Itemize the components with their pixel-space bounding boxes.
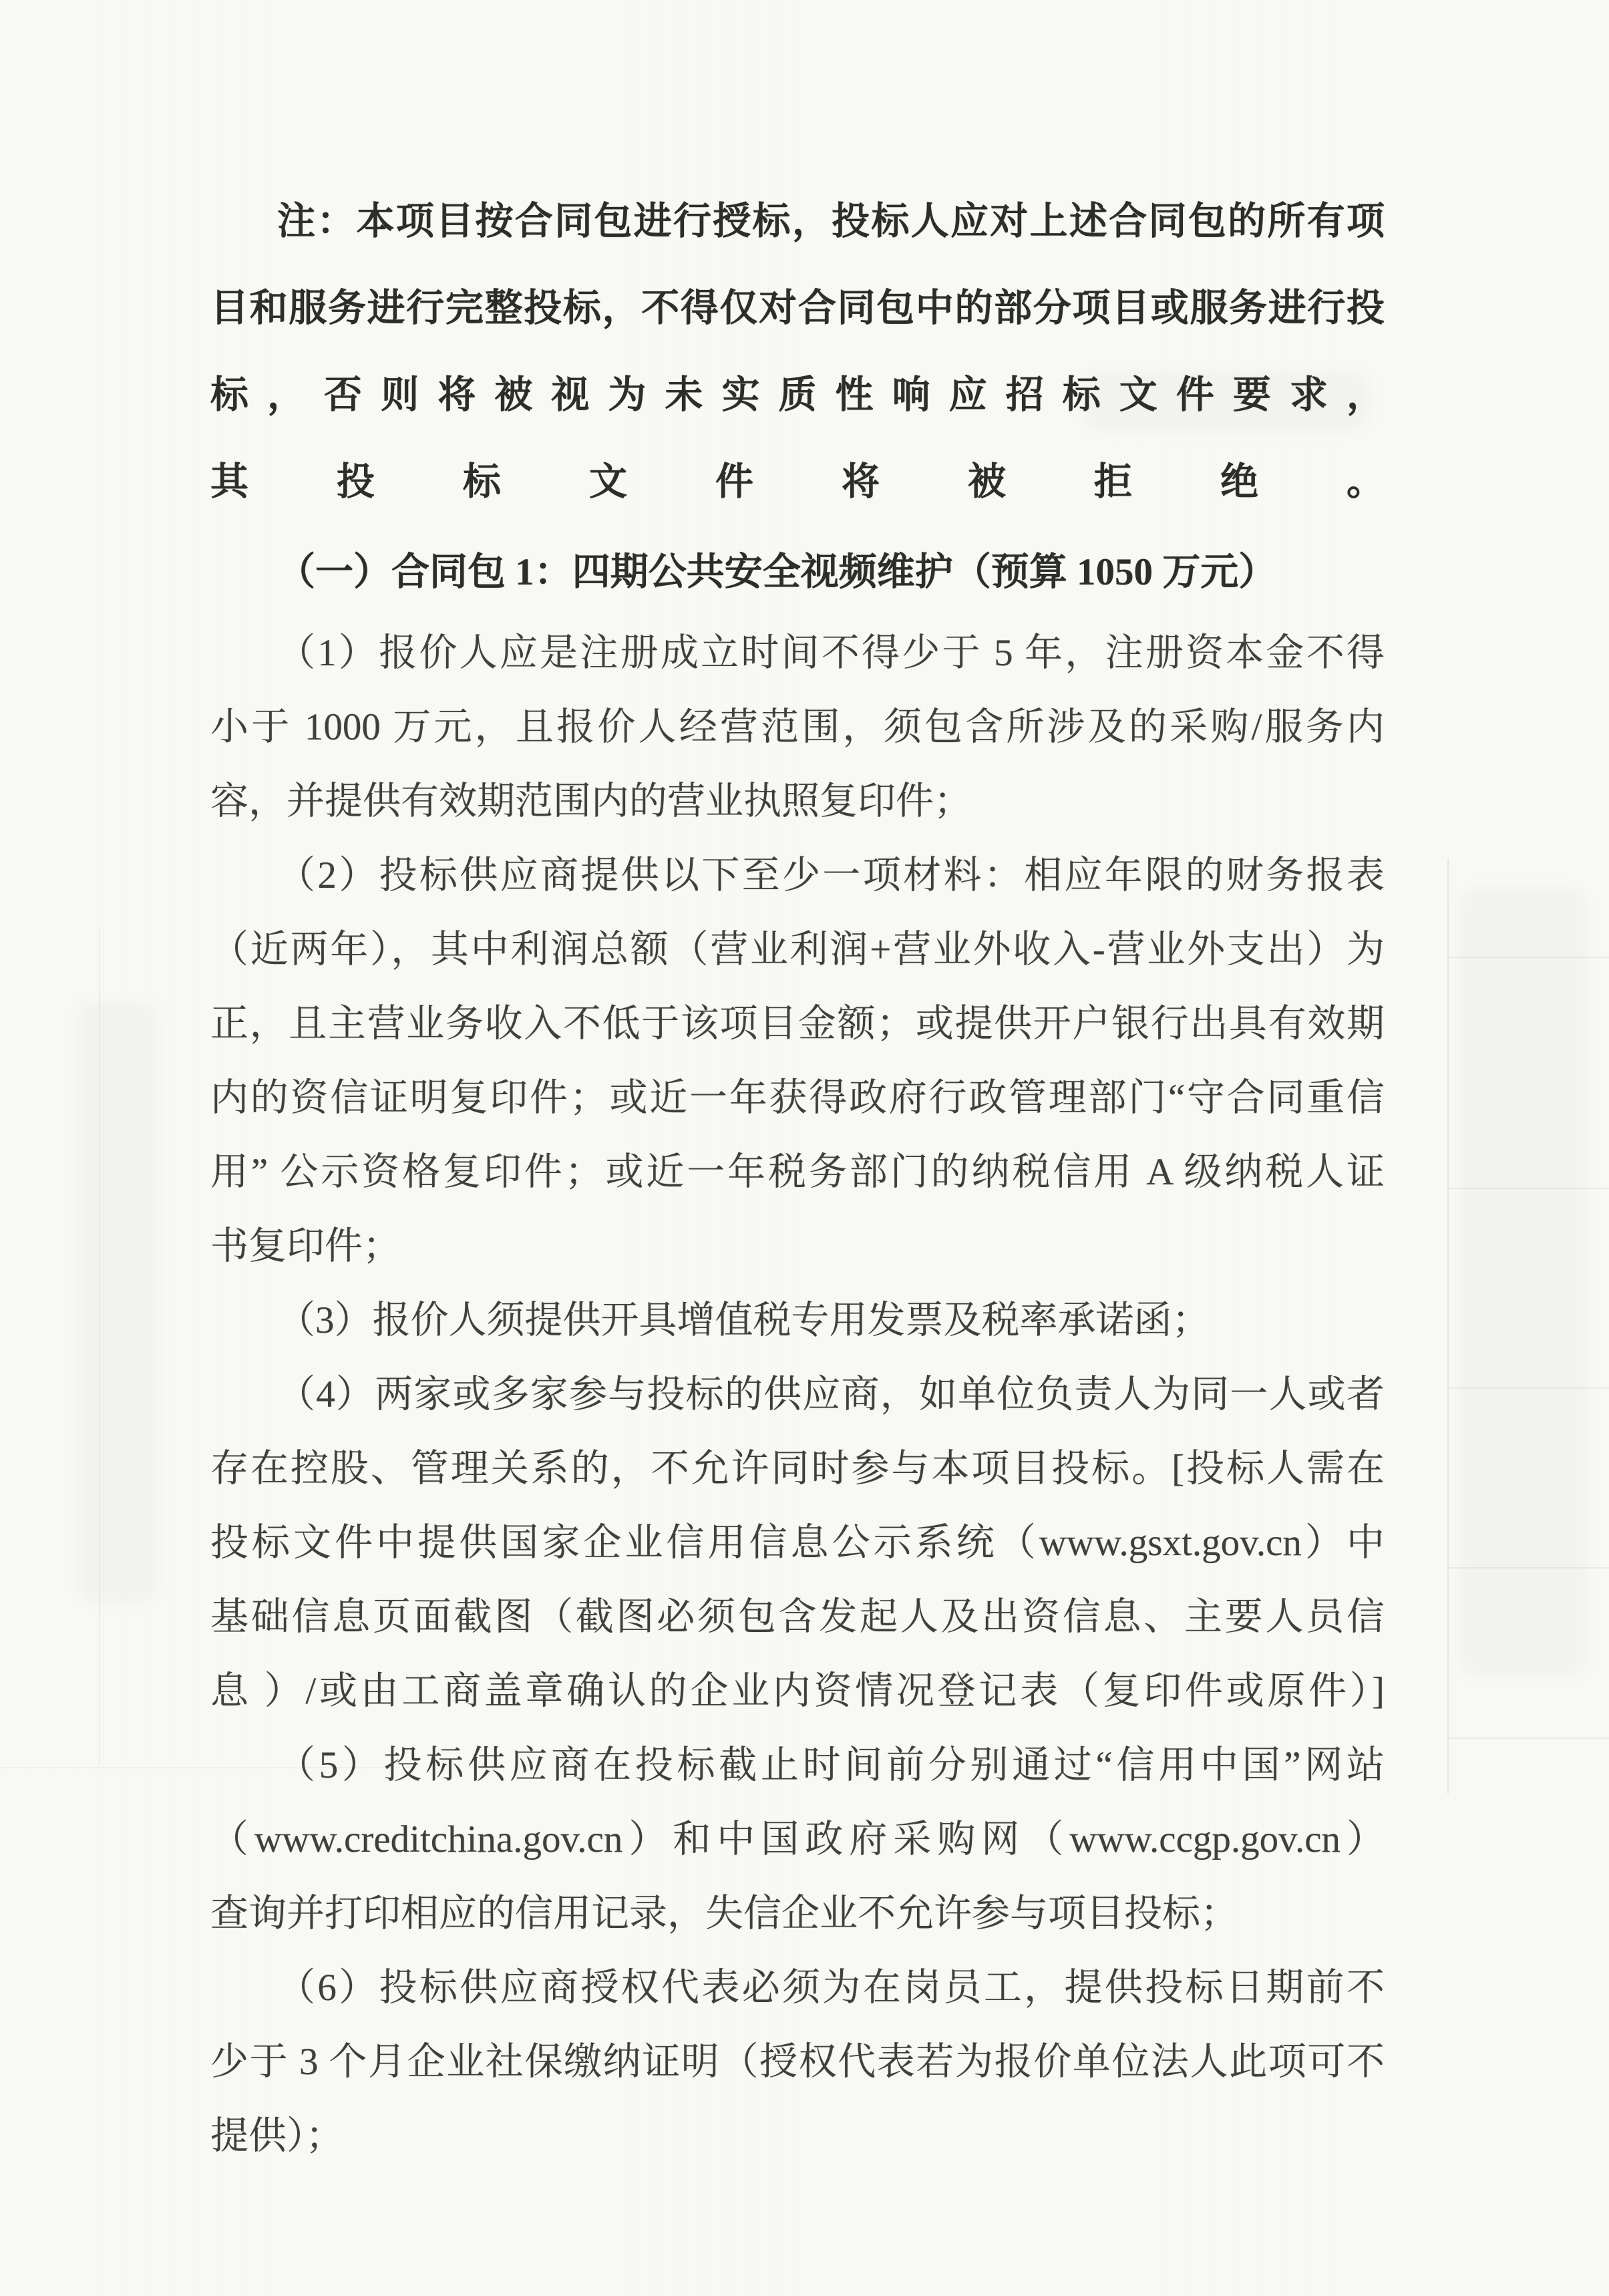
clause-line: 少于 3 个月企业社保缴纳证明（授权代表若为报价单位法人此项可不 [210, 2025, 1385, 2099]
clause-line: （www.creditchina.gov.cn）和中国政府采购网（www.ccg… [210, 1802, 1385, 1876]
clause-line: 投标文件中提供国家企业信用信息公示系统（www.gsxt.gov.cn）中 [210, 1506, 1385, 1580]
bleedthrough-table-row-line [1447, 957, 1609, 958]
qualification-clauses-block: （1）报价人应是注册成立时间不得少于 5 年，注册资本金不得小于 1000 万元… [210, 616, 1385, 2173]
document-text-column: 注：本项目按合同包进行授标，投标人应对上述合同包的所有项目和服务进行完整投标，不… [210, 178, 1385, 2173]
clause-line: （2）投标供应商提供以下至少一项材料：相应年限的财务报表 [210, 838, 1385, 913]
note-line: 目和服务进行完整投标，不得仅对合同包中的部分项目或服务进行投 [210, 265, 1385, 352]
clause-line: 查询并打印相应的信用记录，失信企业不允许参与项目投标； [210, 1876, 1385, 1951]
clause-line: 基础信息页面截图（截图必须包含发起人及出资信息、主要人员信 [210, 1580, 1385, 1654]
bleedthrough-table-row-line [1447, 1738, 1609, 1739]
clause-line: （6）投标供应商授权代表必须为在岗员工，提供投标日期前不 [210, 1951, 1385, 2025]
bleedthrough-table-row-line [1447, 1387, 1609, 1389]
bleedthrough-table-row-line [1447, 1567, 1609, 1569]
clause-line: 提供）； [210, 2099, 1385, 2173]
bleedthrough-smudge [1459, 888, 1586, 1677]
bleedthrough-table-vertical-line [1447, 858, 1449, 1794]
clause-line: 息 ）/或由工商盖章确认的企业内资情况登记表（复印件或原件）] [210, 1654, 1385, 1728]
note-paragraph: 注：本项目按合同包进行授标，投标人应对上述合同包的所有项目和服务进行完整投标，不… [210, 178, 1385, 526]
clause-line: （4）两家或多家参与投标的供应商，如单位负责人为同一人或者 [210, 1357, 1385, 1432]
note-line: 注：本项目按合同包进行授标，投标人应对上述合同包的所有项 [210, 178, 1385, 265]
note-line: 标，否则将被视为未实质性响应招标文件要求，其投标文件将被拒绝。 [210, 352, 1385, 526]
clause-line: （5）投标供应商在投标截止时间前分别通过“信用中国”网站 [210, 1728, 1385, 1802]
clause-line: 容，并提供有效期范围内的营业执照复印件； [210, 764, 1385, 838]
clause-line: 用” 公示资格复印件；或近一年税务部门的纳税信用 A 级纳税人证 [210, 1135, 1385, 1209]
clause-line: （3）报价人须提供开具增值税专用发票及税率承诺函； [210, 1283, 1385, 1357]
clause-line: 小于 1000 万元，且报价人经营范围，须包含所涉及的采购/服务内 [210, 690, 1385, 764]
bleedthrough-left-vertical-line [99, 927, 100, 1766]
clause-line: （1）报价人应是注册成立时间不得少于 5 年，注册资本金不得 [210, 616, 1385, 690]
clause-line: 内的资信证明复印件；或近一年获得政府行政管理部门“守合同重信 [210, 1061, 1385, 1135]
clause-line: （近两年），其中利润总额（营业利润+营业外收入-营业外支出）为 [210, 913, 1385, 987]
clause-line: 书复印件； [210, 1209, 1385, 1283]
clause-line: 正，且主营业务收入不低于该项目金额；或提供开户银行出具有效期 [210, 987, 1385, 1061]
bleedthrough-table-row-line [1447, 1188, 1609, 1189]
section-heading-contract-package-1: （一）合同包 1：四期公共安全视频维护（预算 1050 万元） [210, 529, 1385, 616]
scanned-document-page: 注：本项目按合同包进行授标，投标人应对上述合同包的所有项目和服务进行完整投标，不… [0, 0, 1609, 2296]
bleedthrough-smudge [77, 1002, 157, 1603]
clause-line: 存在控股、管理关系的，不允许同时参与本项目投标。[投标人需在 [210, 1432, 1385, 1506]
